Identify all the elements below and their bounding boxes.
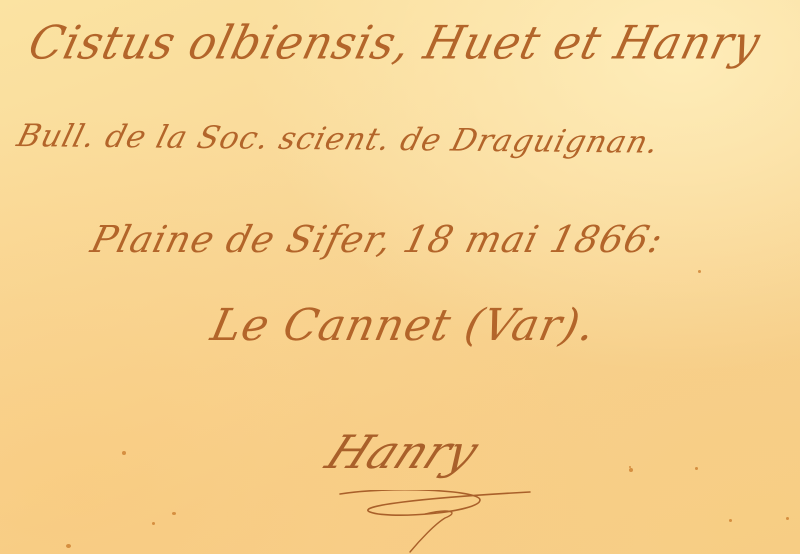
paper-speck bbox=[172, 512, 176, 515]
paper-speck bbox=[786, 517, 789, 520]
paper-speck bbox=[729, 519, 732, 522]
collection-locality-date-line: Plaine de Sifer, 18 mai 1866: bbox=[87, 218, 668, 261]
paper-speck bbox=[629, 466, 631, 468]
paper-speck bbox=[629, 468, 633, 472]
commune-department-line: Le Cannet (Var). bbox=[207, 300, 601, 351]
herbarium-label-sheet: Cistus olbiensis, Huet et Hanry Bull. de… bbox=[0, 0, 800, 554]
paper-speck bbox=[695, 467, 698, 470]
paper-speck bbox=[152, 522, 155, 525]
signature-flourish-icon bbox=[330, 490, 570, 554]
paper-speck bbox=[122, 451, 126, 455]
paper-speck bbox=[698, 270, 701, 273]
paper-speck bbox=[66, 544, 71, 548]
species-name-line: Cistus olbiensis, Huet et Hanry bbox=[23, 17, 766, 71]
collector-signature: Hanry bbox=[318, 425, 487, 479]
publication-reference-line: Bull. de la Soc. scient. de Draguignan. bbox=[13, 118, 663, 161]
